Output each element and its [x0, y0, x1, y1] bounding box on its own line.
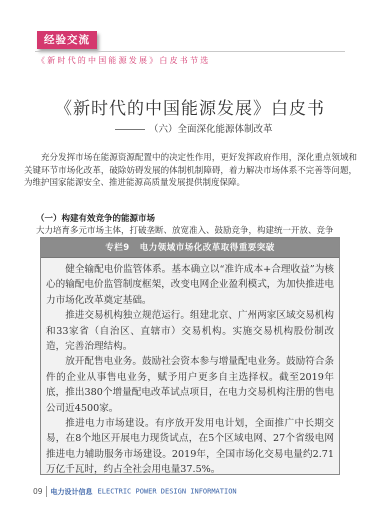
footer-divider — [46, 486, 47, 497]
dash-line — [115, 129, 145, 130]
section-text: 大力培育多元市场主体，打破垄断、放宽准入、鼓励竞争，构建统一开放、竞争 — [36, 224, 334, 236]
box-paragraph: 放开配售电业务。鼓励社会资本参与增量配电业务。鼓励符合条件的企业从事售电业务，赋… — [46, 354, 334, 416]
page-number: 09 — [33, 487, 43, 496]
box-paragraph: 推进交易机构独立规范运行。组建北京、广州两家区域交易机构和33家省（自治区、直辖… — [46, 308, 334, 354]
article-subtitle: （六）全面深化能源体制改革 — [115, 121, 273, 135]
box-paragraph: 推进电力市场建设。有序放开发用电计划，全面推广中长期交易，在8个地区开展电力现货… — [46, 416, 334, 478]
magazine-name-cn: 电力设计信息 — [51, 488, 93, 496]
section-tag: 经验交流 — [37, 31, 97, 49]
sidebar-box-number: 专栏9 — [105, 243, 129, 253]
sidebar-box: 专栏9电力领域市场化改革取得重要突破 健全输配电价监管体系。基本确立以“准许成本… — [40, 237, 340, 475]
sidebar-box-title: 电力领域市场化改革取得重要突破 — [140, 243, 275, 253]
section-heading: （一）构建有效竞争的能源市场 — [36, 212, 155, 224]
page-footer: 09电力设计信息ELECTRIC POWER DESIGN INFORMATIO… — [33, 486, 237, 497]
article-title: 《新时代的中国能源发展》白皮书 — [0, 94, 380, 119]
header-divider — [35, 51, 345, 52]
sidebar-box-body: 健全输配电价监管体系。基本确立以“准许成本+合理收益”为核心的输配电价监管制度框… — [41, 258, 339, 478]
header-subtitle: 《新时代的中国能源发展》白皮书节选 — [37, 55, 210, 66]
intro-paragraph: 充分发挥市场在能源资源配置中的决定性作用，更好发挥政府作用，深化重点领域和关键环… — [24, 152, 357, 190]
sidebar-box-header: 专栏9电力领域市场化改革取得重要突破 — [41, 238, 339, 258]
article-subtitle-text: （六）全面深化能源体制改革 — [149, 124, 273, 135]
box-paragraph: 健全输配电价监管体系。基本确立以“准许成本+合理收益”为核心的输配电价监管制度框… — [46, 262, 334, 308]
magazine-name-en: ELECTRIC POWER DESIGN INFORMATION — [98, 488, 237, 496]
